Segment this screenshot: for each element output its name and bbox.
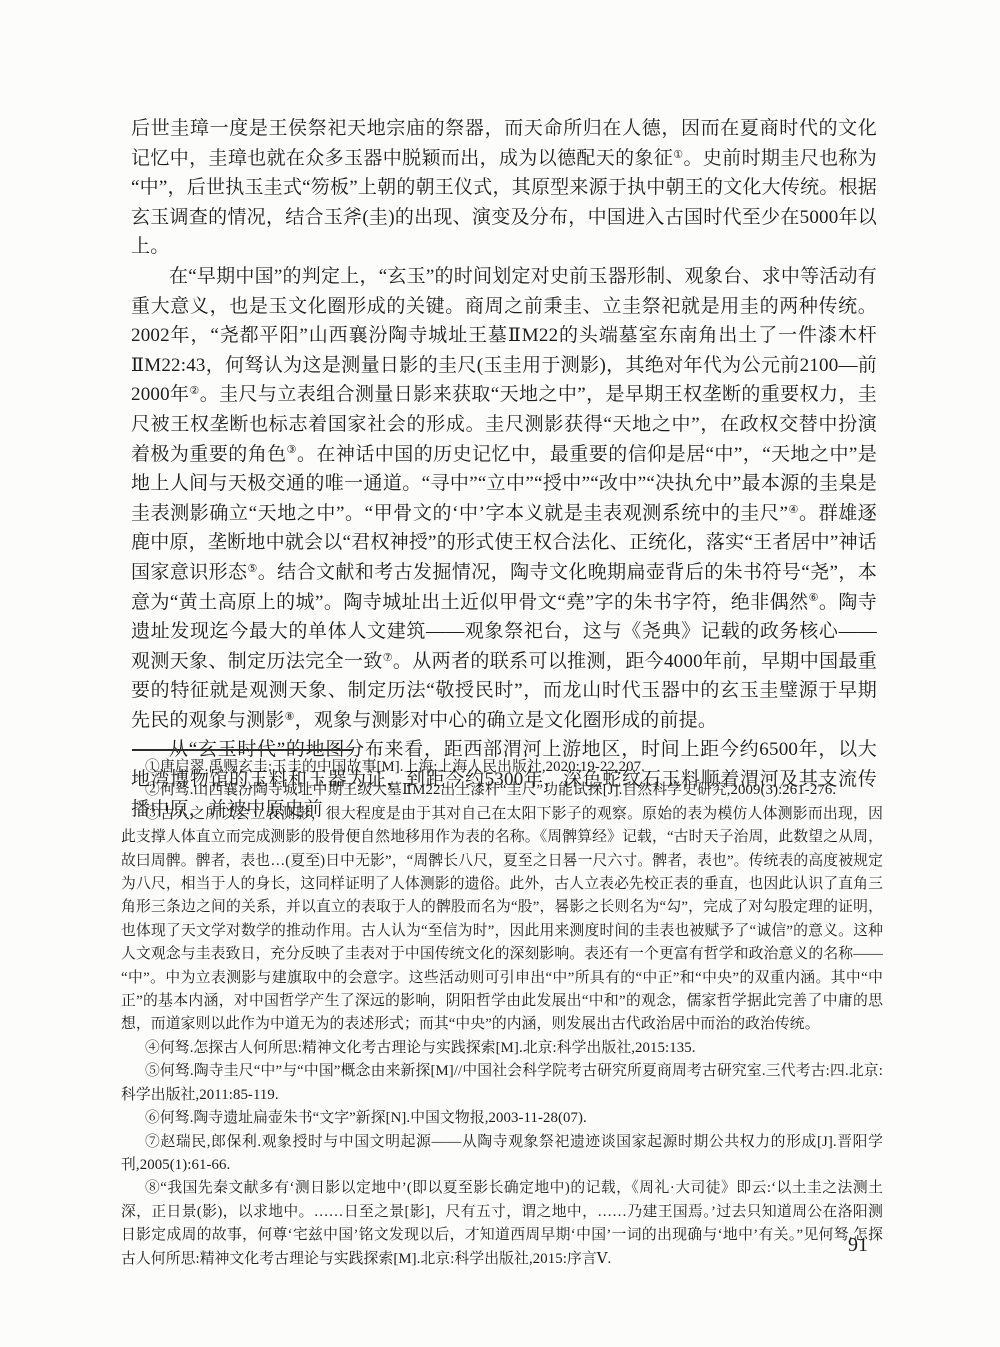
paragraph-2: 在“早期中国”的判定上，“玄玉”的时间划定对史前玉器形制、观象台、求中等活动有重… [131,262,877,736]
footnote-separator [132,749,353,751]
body-text: 后世圭璋一度是王侯祭祀天地宗庙的祭器，而天命所归在人德，因而在夏商时代的文化记忆… [131,114,877,824]
footnote-7: ⑦赵瑞民,郎保利.观象授时与中国文明起源——从陶寺观象祭祀遗迹谈国家起源时期公共… [121,1131,883,1178]
paragraph-1: 后世圭璋一度是王侯祭祀天地宗庙的祭器，而天命所归在人德，因而在夏商时代的文化记忆… [131,114,877,262]
page-number: 91 [848,1234,868,1257]
footnote-reference-mark: ① [673,149,683,161]
footnote-3: ③古人之所以会立表测影，很大程度是由于其对自己在太阳下影子的观察。原始的表为模仿… [121,803,883,1037]
footnote-reference-mark: ③ [287,444,297,456]
footnote-2: ②何驽.山西襄汾陶寺城址中期王级大墓ⅡM22出土漆杆“圭尺”功能试探[J].自然… [121,779,883,802]
footnote-8: ⑧“我国先秦文献多有‘测日影以定地中’(即以夏至影长确定地中)的记载，《周礼·大… [121,1177,883,1271]
footnote-4: ④何驽.怎探古人何所思:精神文化考古理论与实践探索[M].北京:科学出版社,20… [121,1037,883,1060]
footnote-5: ⑤何驽.陶寺圭尺“中”与“中国”概念由来新探[M]//中国社会科学院考古研究所夏… [121,1060,883,1107]
footnotes: ①唐启翠.禹赐玄圭:玉圭的中国故事[M].上海:上海人民出版社,2020:19-… [121,756,883,1271]
footnote-reference-mark: ④ [788,504,799,516]
footnote-6: ⑥何驽.陶寺遗址扁壶朱书“文字”新探[N].中国文物报,2003-11-28(0… [121,1107,883,1130]
footnote-reference-mark: ② [189,385,199,397]
footnote-reference-mark: ⑤ [247,563,257,575]
document-page: 后世圭璋一度是王侯祭祀天地宗庙的祭器，而天命所归在人德，因而在夏商时代的文化记忆… [0,0,1000,1347]
footnote-reference-mark: ⑦ [383,652,393,664]
footnote-reference-mark: ⑧ [285,711,295,723]
footnote-1: ①唐启翠.禹赐玄圭:玉圭的中国故事[M].上海:上海人民出版社,2020:19-… [121,756,883,779]
footnote-reference-mark: ⑥ [809,592,819,604]
